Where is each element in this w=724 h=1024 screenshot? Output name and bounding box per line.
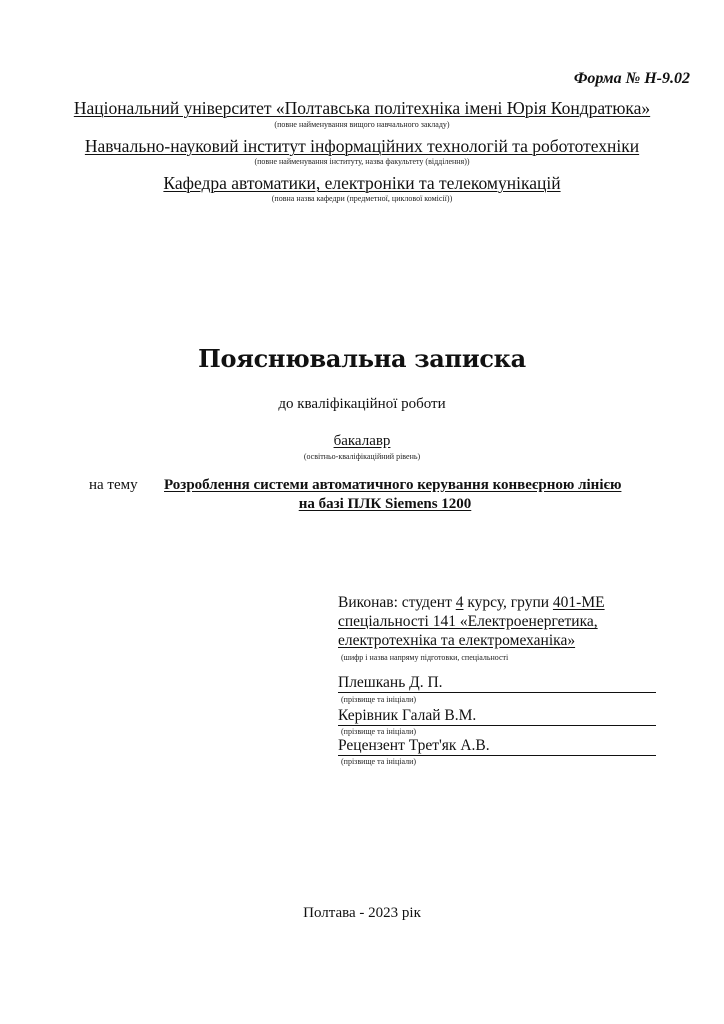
signature-reviewer: Рецензент Трет'як А.В. — [338, 736, 656, 756]
university-caption: (повне найменування вищого навчального з… — [0, 120, 724, 129]
form-number: Форма № Н-9.02 — [574, 70, 690, 88]
specialty-caption: (шифр і назва напряму підготовки, спеціа… — [341, 653, 508, 662]
theme-label: на тему — [89, 477, 138, 494]
footer-city-year: Полтава - 2023 рік — [0, 905, 724, 922]
document-subtitle: до кваліфікаційної роботи — [0, 396, 724, 413]
document-title: Пояснювальна записка — [0, 344, 724, 373]
author-line-1: Виконав: студент 4 курсу, групи 401-МЕ — [338, 594, 605, 612]
signature-supervisor: Керівник Галай В.М. — [338, 706, 656, 726]
signature-reviewer-caption: (прізвище та ініціали) — [341, 757, 416, 766]
theme-line-2: на базі ПЛК Siemens 1200 — [0, 496, 724, 513]
specialty-line-2: електротехніка та електромеханіка» — [338, 632, 575, 650]
degree-caption: (освітньо-кваліфікаційний рівень) — [0, 452, 724, 461]
group-value: 401-МЕ — [553, 594, 605, 611]
course-value: 4 — [456, 594, 464, 611]
institute-caption: (повне найменування інституту, назва фак… — [0, 157, 724, 166]
signature-student-caption: (прізвище та ініціали) — [341, 695, 416, 704]
institute-name: Навчально-науковий інститут інформаційни… — [0, 136, 724, 157]
specialty-line-1: спеціальності 141 «Електроенергетика, — [338, 613, 598, 631]
theme-line-1: Розроблення системи автоматичного керува… — [164, 477, 621, 494]
degree-value: бакалавр — [0, 433, 724, 450]
department-caption: (повна назва кафедри (предметної, циклов… — [0, 194, 724, 203]
university-name: Національний університет «Полтавська пол… — [0, 98, 724, 119]
signature-student: Плешкань Д. П. — [338, 673, 656, 693]
signature-supervisor-caption: (прізвище та ініціали) — [341, 727, 416, 736]
course-label: курсу, групи — [467, 594, 549, 611]
performed-label: Виконав: студент — [338, 594, 452, 611]
department-name: Кафедра автоматики, електроніки та телек… — [0, 173, 724, 194]
